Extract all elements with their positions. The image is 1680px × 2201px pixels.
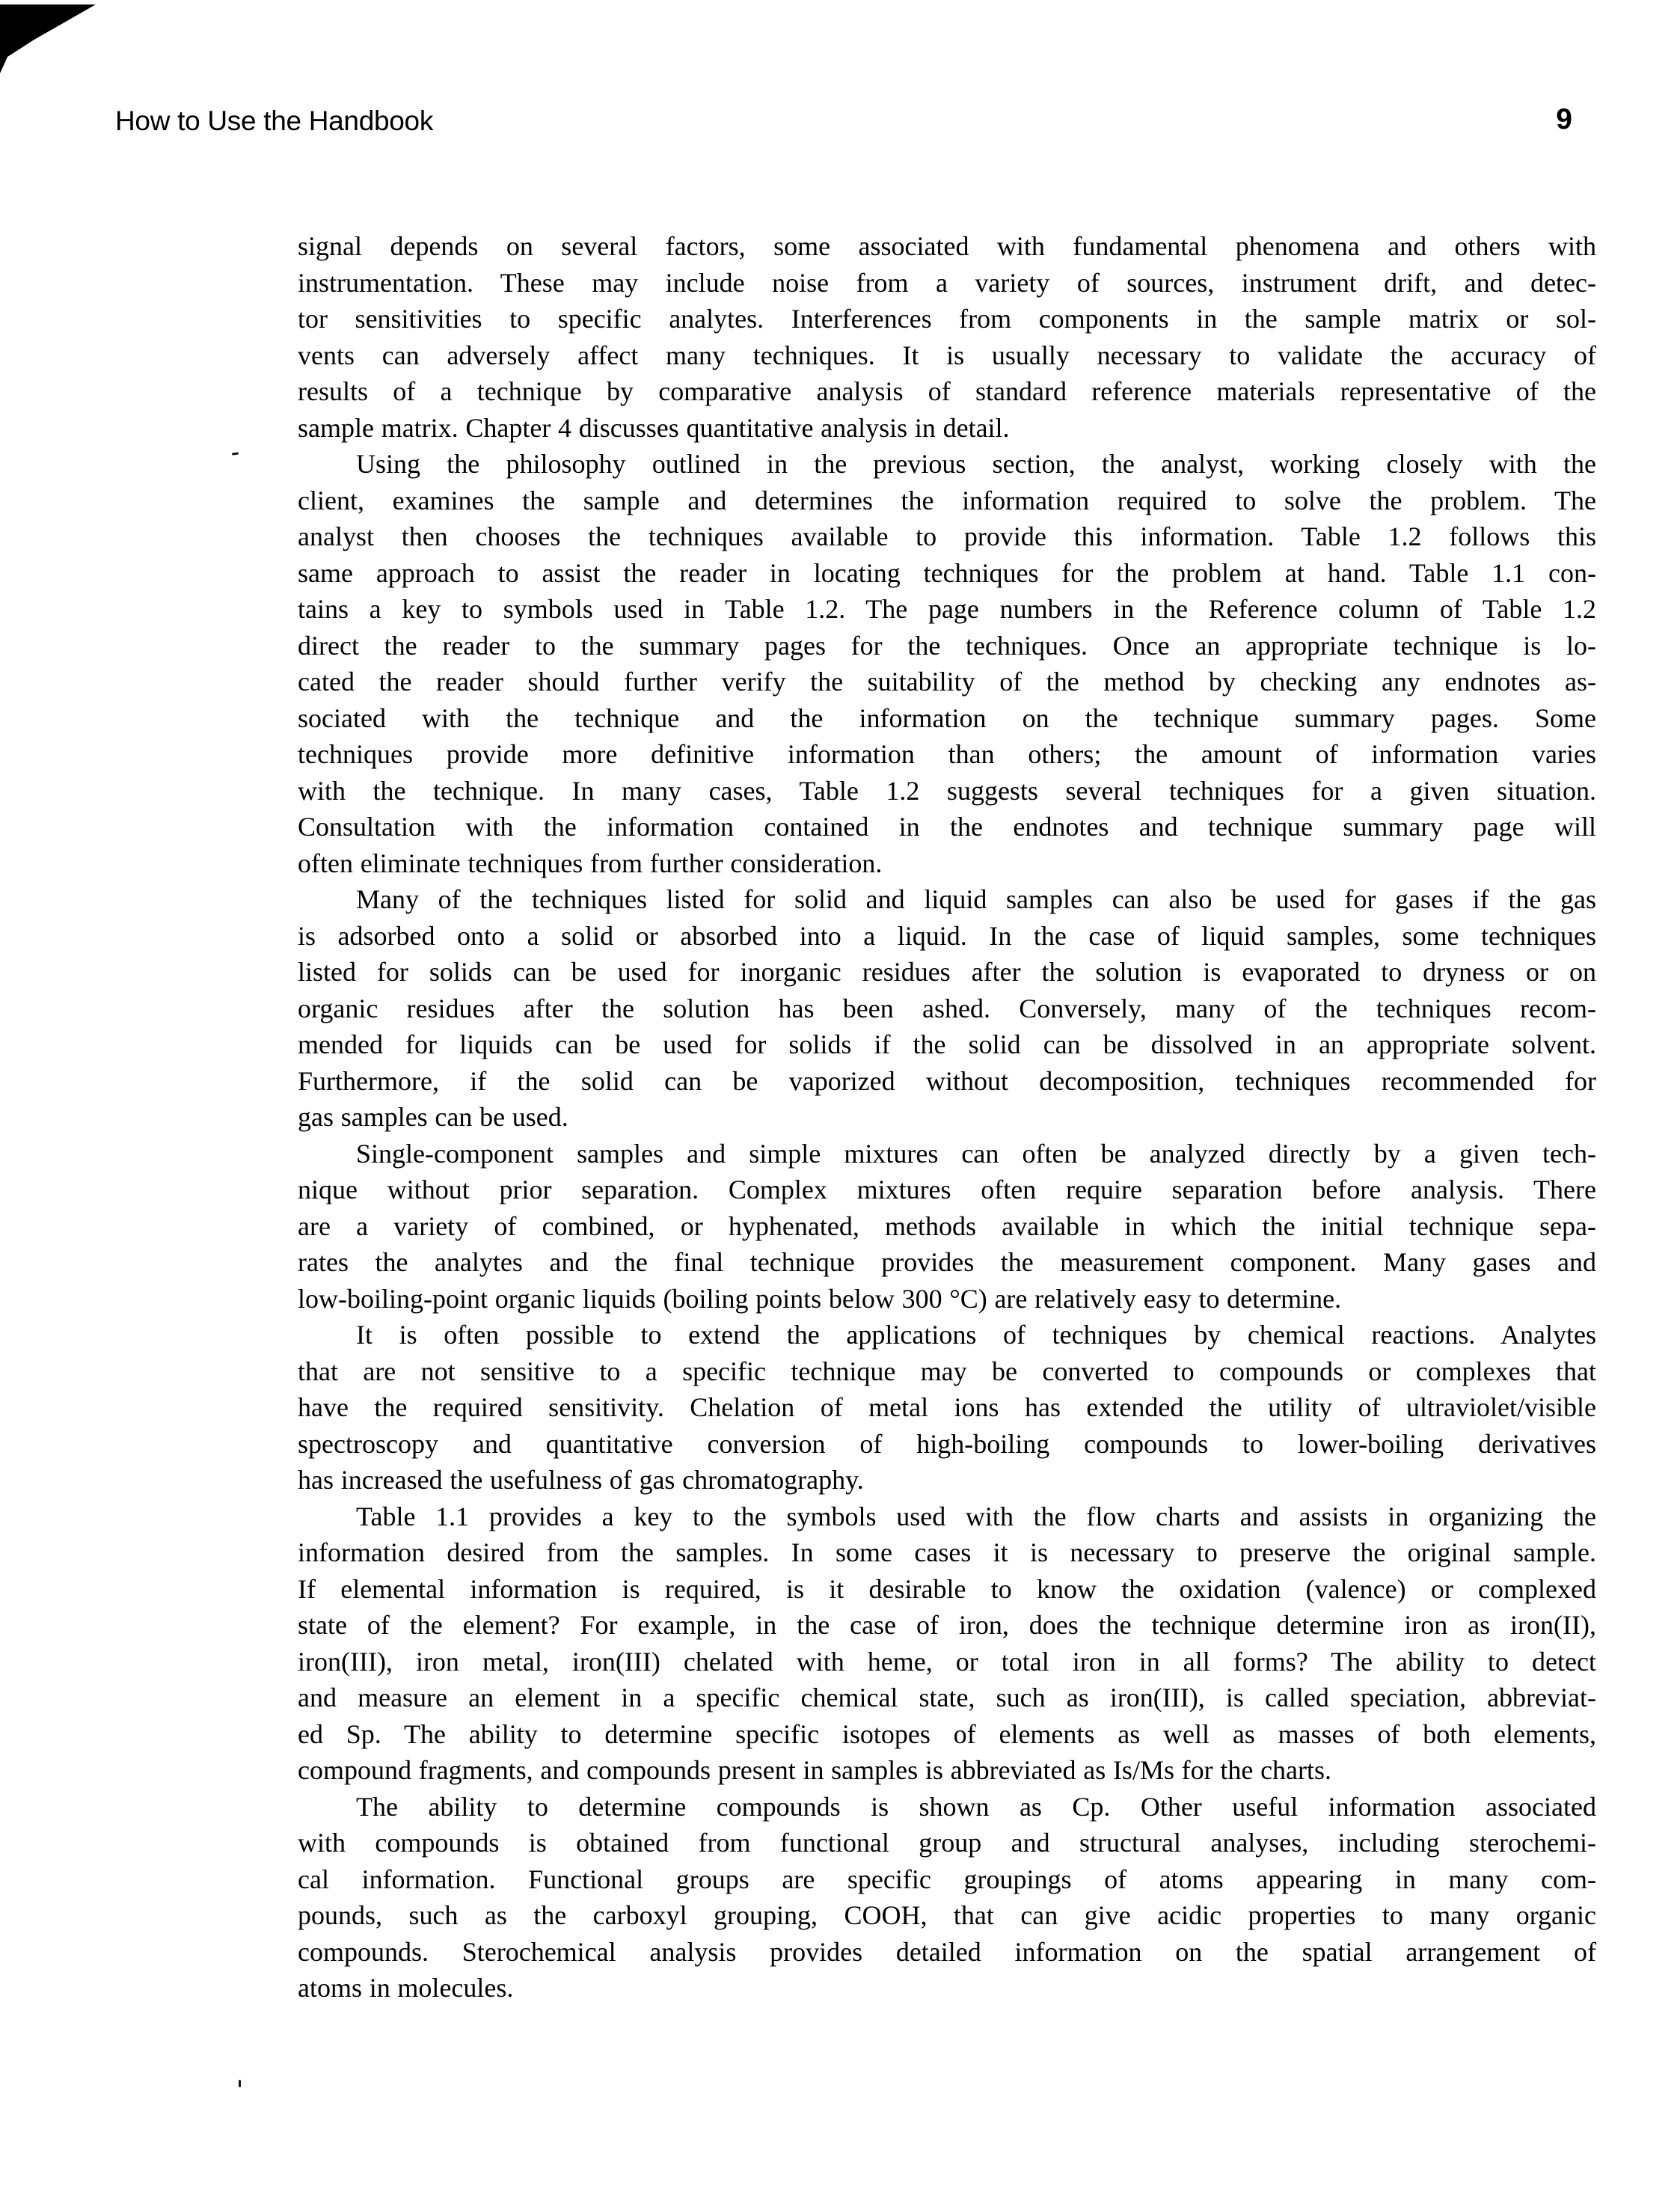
text-line: listed for solids can be used for inorga…: [298, 954, 1596, 991]
text-line: are a variety of combined, or hyphenated…: [298, 1208, 1596, 1245]
body-text: signal depends on several factors, some …: [298, 228, 1596, 2006]
text-line: that are not sensitive to a specific tec…: [298, 1353, 1596, 1390]
text-line: iron(III), iron metal, iron(III) chelate…: [298, 1644, 1596, 1680]
text-line: same approach to assist the reader in lo…: [298, 555, 1596, 592]
text-line: with compounds is obtained from function…: [298, 1825, 1596, 1861]
text-line: Many of the techniques listed for solid …: [298, 881, 1596, 918]
text-line: techniques provide more definitive infor…: [298, 736, 1596, 773]
text-line: pounds, such as the carboxyl grouping, C…: [298, 1897, 1596, 1934]
paragraph: Single-component samples and simple mixt…: [298, 1136, 1596, 1317]
paragraph: Using the philosophy outlined in the pre…: [298, 446, 1596, 881]
text-line: Single-component samples and simple mixt…: [298, 1136, 1596, 1172]
text-line: sample matrix. Chapter 4 discusses quant…: [298, 410, 1596, 447]
text-line: compound fragments, and compounds presen…: [298, 1752, 1596, 1789]
text-line: cated the reader should further verify t…: [298, 664, 1596, 700]
text-line: signal depends on several factors, some …: [298, 228, 1596, 265]
text-line: gas samples can be used.: [298, 1099, 1596, 1136]
text-line: Consultation with the information contai…: [298, 809, 1596, 845]
text-line: instrumentation. These may include noise…: [298, 265, 1596, 301]
text-line: have the required sensitivity. Chelation…: [298, 1389, 1596, 1426]
text-line: information desired from the samples. In…: [298, 1534, 1596, 1571]
text-line: Using the philosophy outlined in the pre…: [298, 446, 1596, 483]
text-line: Furthermore, if the solid can be vaporiz…: [298, 1063, 1596, 1100]
scan-artifact-tick-lower: [239, 2080, 241, 2087]
scan-artifact-corner-wedge: [0, 0, 99, 76]
text-line: The ability to determine compounds is sh…: [298, 1789, 1596, 1825]
text-line: tains a key to symbols used in Table 1.2…: [298, 591, 1596, 628]
text-line: If elemental information is required, is…: [298, 1571, 1596, 1608]
scan-artifact-tick-upper: [232, 452, 239, 455]
paragraph: signal depends on several factors, some …: [298, 228, 1596, 446]
text-line: ed Sp. The ability to determine specific…: [298, 1716, 1596, 1753]
paragraph: Table 1.1 provides a key to the symbols …: [298, 1499, 1596, 1789]
running-head-title: How to Use the Handbook: [115, 103, 1387, 139]
text-line: analyst then chooses the techniques avai…: [298, 518, 1596, 555]
text-line: cal information. Functional groups are s…: [298, 1861, 1596, 1898]
text-line: compounds. Sterochemical analysis provid…: [298, 1934, 1596, 1971]
text-line: low-boiling-point organic liquids (boili…: [298, 1281, 1596, 1317]
text-line: and measure an element in a specific che…: [298, 1680, 1596, 1716]
text-line: results of a technique by comparative an…: [298, 373, 1596, 410]
text-line: with the technique. In many cases, Table…: [298, 773, 1596, 809]
text-line: tor sensitivities to specific analytes. …: [298, 301, 1596, 337]
text-line: direct the reader to the summary pages f…: [298, 628, 1596, 664]
text-line: It is often possible to extend the appli…: [298, 1317, 1596, 1353]
page-number: 9: [1556, 102, 1572, 138]
book-page: How to Use the Handbook 9 signal depends…: [0, 0, 1680, 2201]
text-line: organic residues after the solution has …: [298, 991, 1596, 1027]
text-line: rates the analytes and the final techniq…: [298, 1244, 1596, 1281]
text-line: spectroscopy and quantitative conversion…: [298, 1426, 1596, 1463]
text-line: sociated with the technique and the info…: [298, 700, 1596, 737]
text-line: nique without prior separation. Complex …: [298, 1172, 1596, 1208]
text-line: client, examines the sample and determin…: [298, 483, 1596, 519]
text-line: mended for liquids can be used for solid…: [298, 1026, 1596, 1063]
text-line: often eliminate techniques from further …: [298, 845, 1596, 882]
text-line: is adsorbed onto a solid or absorbed int…: [298, 918, 1596, 955]
paragraph: It is often possible to extend the appli…: [298, 1317, 1596, 1499]
text-line: atoms in molecules.: [298, 1970, 1596, 2006]
text-line: vents can adversely affect many techniqu…: [298, 337, 1596, 374]
paragraph: The ability to determine compounds is sh…: [298, 1789, 1596, 2006]
text-line: Table 1.1 provides a key to the symbols …: [298, 1499, 1596, 1535]
paragraph: Many of the techniques listed for solid …: [298, 881, 1596, 1136]
text-line: state of the element? For example, in th…: [298, 1607, 1596, 1644]
text-line: has increased the usefulness of gas chro…: [298, 1462, 1596, 1499]
